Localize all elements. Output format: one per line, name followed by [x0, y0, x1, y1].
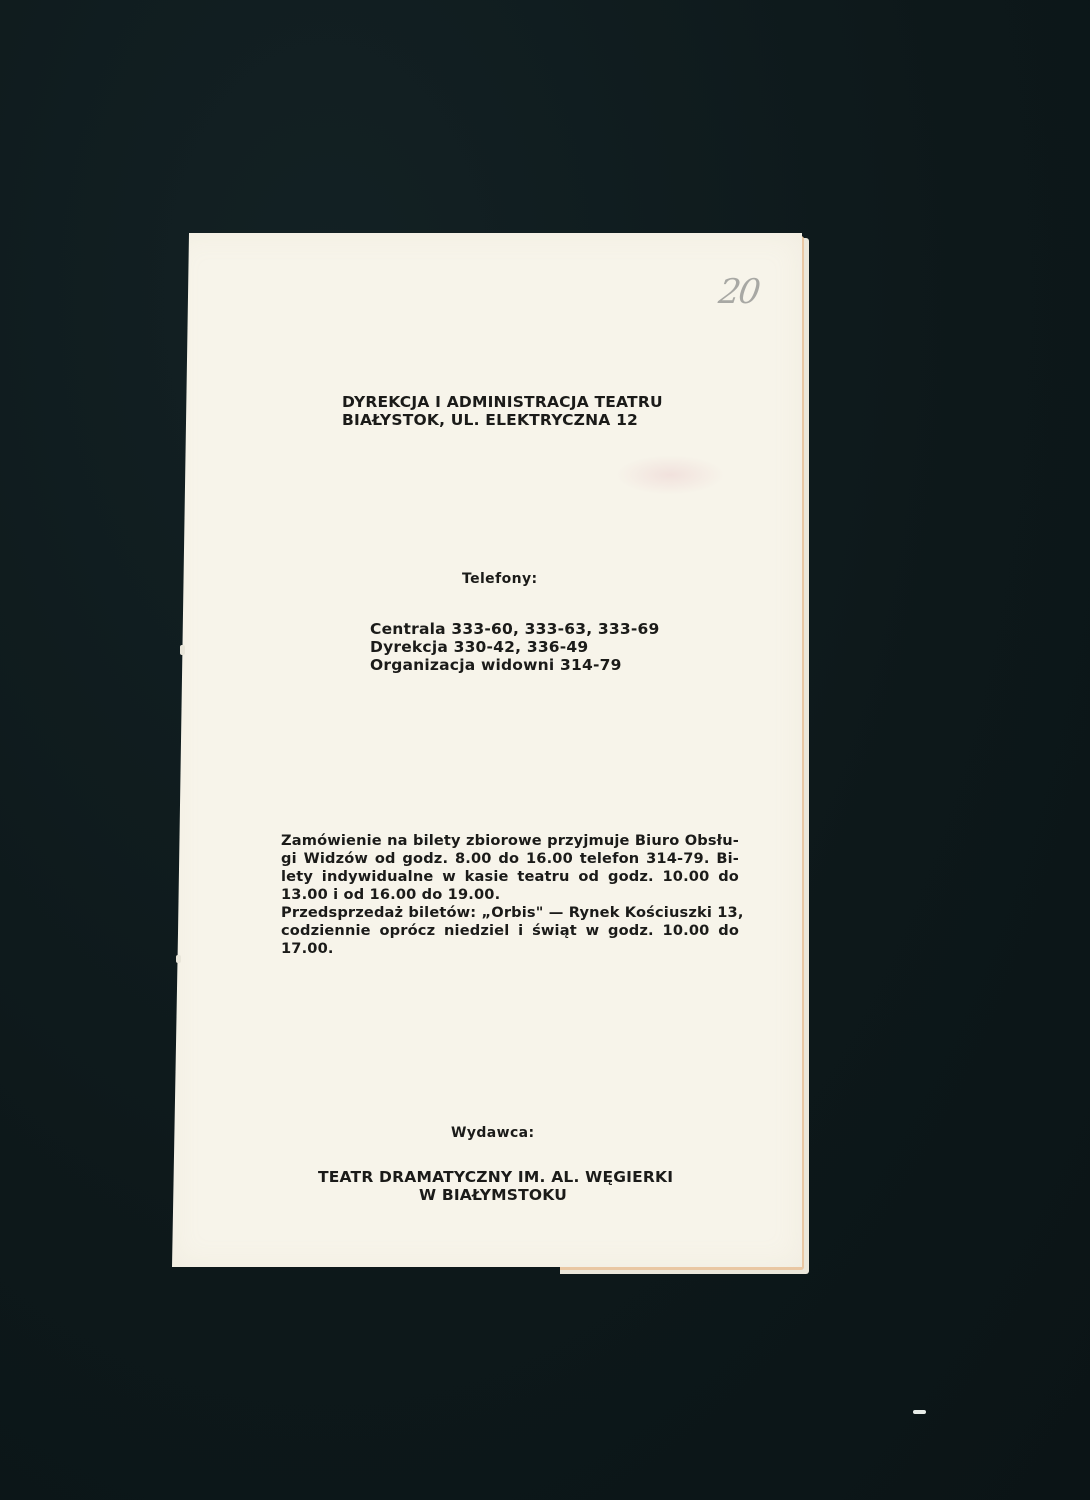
- paragraph-line: Przedsprzedaż biletów: „Orbis" — Rynek K…: [281, 904, 739, 922]
- publisher-line: TEATR DRAMATYCZNY IM. AL. WĘGIERKI: [318, 1168, 668, 1186]
- publisher-label: Wydawca:: [451, 1125, 535, 1141]
- phone-line: Centrala 333-60, 333-63, 333-69: [370, 620, 659, 638]
- paper-tear-mark: [176, 955, 181, 963]
- header-line: BIAŁYSTOK, UL. ELEKTRYCZNA 12: [342, 411, 663, 429]
- paragraph-line: lety indywidualne w kasie teatru od godz…: [281, 868, 739, 886]
- paper-tear-mark: [180, 645, 185, 655]
- paragraph-line: gi Widzów od godz. 8.00 do 16.00 telefon…: [281, 850, 739, 868]
- ticket-info-paragraph: Zamówienie na bilety zbiorowe przyjmuje …: [281, 832, 739, 958]
- paragraph-line: codziennie oprócz niedziel i świąt w god…: [281, 922, 739, 940]
- header-line: DYREKCJA I ADMINISTRACJA TEATRU: [342, 393, 663, 411]
- document-page: [172, 233, 802, 1267]
- handwritten-page-number: 20: [716, 272, 761, 312]
- publisher-line: W BIAŁYMSTOKU: [318, 1186, 668, 1204]
- phone-line: Organizacja widowni 314-79: [370, 656, 659, 674]
- phones-heading: Telefony:: [462, 571, 537, 587]
- publisher-name: TEATR DRAMATYCZNY IM. AL. WĘGIERKI W BIA…: [318, 1168, 668, 1204]
- phone-list: Centrala 333-60, 333-63, 333-69 Dyrekcja…: [370, 620, 659, 674]
- paragraph-line: Zamówienie na bilety zbiorowe przyjmuje …: [281, 832, 739, 850]
- paragraph-line: 13.00 i od 16.00 do 19.00.: [281, 886, 739, 904]
- theatre-address-header: DYREKCJA I ADMINISTRACJA TEATRU BIAŁYSTO…: [342, 393, 663, 429]
- phone-line: Dyrekcja 330-42, 336-49: [370, 638, 659, 656]
- paragraph-line: 17.00.: [281, 940, 739, 958]
- dust-speck: [913, 1410, 926, 1414]
- faint-stamp-residue: [615, 455, 725, 495]
